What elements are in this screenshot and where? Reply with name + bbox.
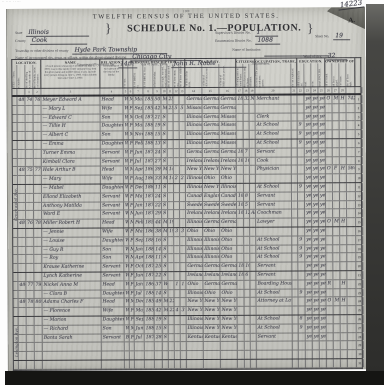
table-cell: Germany	[203, 122, 220, 130]
table-cell: yes	[312, 289, 319, 297]
column-number: 23	[304, 87, 311, 93]
line-number: 20	[356, 262, 363, 270]
table-cell: Kentucky	[204, 333, 221, 341]
table-cell	[347, 289, 356, 297]
column-number	[346, 87, 355, 93]
table-cell: Servant	[101, 193, 124, 201]
table-cell	[326, 201, 333, 209]
table-cell: Wife	[102, 308, 125, 316]
table-cell	[237, 105, 244, 113]
table-cell	[298, 175, 305, 183]
table-cell: 14	[154, 246, 162, 254]
table-cell	[340, 148, 347, 156]
column-number: 8	[143, 88, 153, 94]
table-cell	[326, 245, 333, 253]
table-cell: M	[334, 298, 341, 306]
table-cell: 9	[298, 122, 305, 130]
table-cell: New York	[187, 307, 204, 315]
table-cell: Illinois	[186, 290, 203, 298]
table-row: 31	[14, 359, 362, 370]
table-cell: 1894	[237, 272, 244, 280]
column-group: RELATION.Relationship of each person to …	[100, 59, 123, 88]
table-cell: 4840	[18, 282, 26, 290]
line-number: 22	[356, 280, 363, 288]
table-cell	[340, 201, 347, 209]
table-cell: 24	[154, 149, 162, 157]
table-cell	[19, 317, 27, 325]
table-cell	[326, 262, 333, 270]
table-cell: Sep	[134, 237, 144, 245]
table-cell	[34, 273, 42, 281]
table-cell: yes	[306, 324, 313, 332]
table-cell	[347, 174, 356, 182]
table-cell: Jun	[134, 149, 144, 157]
table-cell: yes	[312, 113, 319, 121]
table-cell	[34, 290, 42, 298]
table-cell	[341, 306, 348, 314]
table-cell: yes	[311, 95, 318, 103]
table-cell: yes	[312, 104, 319, 112]
table-cell: yes	[305, 201, 312, 209]
table-cell	[299, 298, 306, 306]
table-cell: Illinois	[186, 122, 203, 130]
table-cell: yes	[306, 298, 313, 306]
table-cell: 37	[154, 281, 162, 289]
table-cell	[333, 113, 340, 121]
table-cell	[298, 113, 305, 121]
table-cell	[237, 184, 244, 192]
table-cell	[298, 263, 305, 271]
table-cell: New York	[204, 307, 221, 315]
table-cell	[35, 334, 43, 342]
table-cell	[35, 326, 43, 334]
table-cell: Germany	[203, 149, 220, 157]
table-cell: Canada	[186, 193, 203, 201]
table-cell: yes	[305, 166, 312, 174]
table-cell	[347, 157, 356, 165]
table-cell: yes	[306, 307, 313, 315]
table-cell	[326, 236, 333, 244]
table-cell: Head	[101, 167, 124, 175]
table-cell: Head	[100, 96, 123, 104]
table-cell: 1870	[144, 211, 154, 219]
table-cell: 1883	[144, 237, 154, 245]
table-cell	[26, 106, 34, 114]
table-cell: yes	[305, 219, 312, 227]
table-cell	[326, 210, 333, 218]
column-number: 22	[297, 87, 304, 93]
table-cell: Sep	[135, 316, 145, 324]
table-cell: Missouri	[220, 140, 237, 148]
table-cell: 19	[155, 316, 163, 324]
table-cell: yes	[312, 166, 319, 174]
table-cell	[347, 254, 356, 262]
table-cell: Servant	[256, 263, 292, 271]
table-cell: Elland Elizabeth	[42, 193, 101, 201]
column-sub-label: DATE OF BIRTH. Month.	[133, 64, 143, 88]
table-cell	[237, 140, 244, 148]
table-cell: yes	[312, 192, 319, 200]
table-cell: yes	[320, 298, 327, 306]
table-cell	[333, 174, 340, 182]
table-cell	[256, 227, 292, 235]
table-cell: Daughter	[101, 290, 124, 298]
table-cell	[34, 141, 42, 149]
table-cell: 74	[25, 97, 33, 105]
table-cell	[34, 106, 42, 114]
table-cell: Kentucky	[221, 333, 238, 341]
column-number: 28	[339, 87, 346, 93]
table-cell	[26, 255, 34, 263]
table-cell: yes	[313, 298, 320, 306]
table-cell	[299, 342, 306, 350]
column-number: 17	[236, 88, 243, 94]
table-cell: 39	[154, 167, 162, 175]
table-cell	[34, 158, 42, 166]
column-sub-label: Can speak ENGLISH.	[318, 63, 325, 87]
table-cell: yes	[319, 201, 326, 209]
table-cell: yes	[305, 245, 312, 253]
table-cell	[298, 192, 305, 200]
table-cell	[348, 306, 357, 314]
table-cell: Missouri	[220, 113, 237, 121]
table-cell: H	[340, 280, 347, 288]
column-number: 15	[202, 88, 219, 94]
table-cell: Feb	[134, 219, 144, 227]
table-cell	[341, 350, 348, 358]
table-cell: 1888	[237, 210, 244, 218]
table-cell: 22	[154, 272, 162, 280]
table-cell	[26, 211, 34, 219]
table-cell	[298, 210, 305, 218]
table-cell: — Jennie	[42, 228, 101, 236]
table-cell: — Florence	[43, 308, 102, 316]
table-cell	[326, 289, 333, 297]
line-number: 19	[356, 253, 363, 261]
table-cell: Son	[102, 325, 125, 333]
table-cell	[298, 227, 305, 235]
table-cell	[348, 298, 357, 306]
table-cell: 77	[34, 167, 42, 175]
table-cell: New York	[203, 184, 220, 192]
table-cell: 1878	[144, 114, 154, 122]
table-cell: yes	[319, 131, 326, 139]
table-cell: Cook	[256, 157, 292, 165]
table-cell: yes	[313, 333, 320, 341]
column-number: 25	[318, 87, 325, 93]
table-cell	[334, 333, 341, 341]
column-number: 3	[41, 89, 100, 95]
table-cell	[102, 343, 125, 351]
table-cell: Illinois	[186, 254, 203, 262]
table-cell: R	[326, 280, 333, 288]
table-cell	[27, 343, 35, 351]
table-cell: Kimball Clara	[42, 158, 101, 166]
right-brace: }	[307, 20, 313, 36]
table-cell	[298, 166, 305, 174]
table-cell	[257, 351, 293, 359]
table-cell: 1887	[144, 140, 154, 148]
table-cell: 1874	[144, 263, 154, 271]
table-cell: New York	[221, 316, 238, 324]
table-cell: Wife	[101, 176, 124, 184]
table-cell: 1877	[144, 272, 154, 280]
table-cell: Oct	[134, 114, 144, 122]
table-cell	[237, 122, 244, 130]
table-cell	[187, 342, 204, 350]
table-cell: yes	[320, 306, 327, 314]
column-number: 9	[153, 88, 161, 94]
table-cell	[340, 254, 347, 262]
table-cell	[333, 280, 340, 288]
table-cell	[298, 104, 305, 112]
table-cell	[340, 130, 347, 138]
table-cell	[237, 175, 244, 183]
column-group: OWNERSHIP OF HOME.Owned or rented.Owned …	[325, 58, 355, 87]
table-cell: — Mabel	[42, 184, 101, 192]
table-cell: Aug	[134, 175, 144, 183]
table-cell: At School	[257, 324, 293, 332]
table-cell: yes	[312, 210, 319, 218]
table-cell	[26, 238, 34, 246]
table-cell: 4846	[19, 299, 27, 307]
table-cell: 24	[154, 193, 162, 201]
table-cell: Ohio	[220, 228, 237, 236]
table-cell: Germany	[203, 113, 220, 121]
table-cell: Servant	[101, 211, 124, 219]
table-cell: Jan	[134, 246, 144, 254]
table-cell: Germany	[202, 96, 219, 104]
table-cell	[347, 271, 356, 279]
table-cell: Physician	[256, 166, 292, 174]
table-cell: 29	[154, 211, 162, 219]
table-cell	[27, 352, 35, 360]
table-cell: Ohio	[203, 228, 220, 236]
table-cell: 584	[347, 166, 356, 174]
table-cell: 9	[298, 254, 305, 262]
column-sub-label: Age at last birthday.	[153, 64, 161, 88]
table-cell	[18, 194, 26, 202]
line-number: 13	[356, 201, 363, 209]
line-number: 17	[356, 236, 363, 244]
table-cell: 9	[298, 139, 305, 147]
table-cell: yes	[312, 148, 319, 156]
table-cell: yes	[320, 324, 327, 332]
table-cell	[26, 141, 34, 149]
table-cell	[333, 192, 340, 200]
table-cell: H	[340, 218, 347, 226]
table-header: OWNERSHIP OF HOME.Owned or rented.Owned …	[11, 57, 361, 97]
table-cell: yes	[319, 113, 326, 121]
column-sub-label: Naturalization.	[249, 64, 255, 88]
table-cell	[26, 123, 34, 131]
table-cell: yes	[305, 104, 312, 112]
table-cell	[26, 202, 34, 210]
table-cell: O	[326, 166, 333, 174]
table-cell: 1850	[143, 96, 153, 104]
table-cell: 79	[34, 282, 42, 290]
table-cell: yes	[319, 210, 326, 218]
table-cell: 77	[26, 282, 34, 290]
table-cell: Nov	[134, 131, 144, 139]
table-cell	[298, 219, 305, 227]
table-cell: 42	[154, 105, 162, 113]
table-cell: 44	[154, 219, 162, 227]
table-cell: 50	[153, 96, 161, 104]
table-cell: Jun	[135, 325, 145, 333]
table-cell: 1876	[144, 193, 154, 201]
table-cell: 1893	[237, 149, 244, 157]
table-cell: New York	[221, 325, 238, 333]
table-cell	[135, 351, 145, 359]
table-cell: 38	[154, 228, 162, 236]
table-cell	[341, 333, 348, 341]
table-cell: yes	[312, 227, 319, 235]
table-cell: Dec	[134, 184, 144, 192]
table-cell: At School	[256, 131, 292, 139]
table-cell: Illinois	[186, 237, 203, 245]
table-cell: Illinois	[203, 237, 220, 245]
column-number: 24	[311, 87, 318, 93]
table-cell: yes	[312, 183, 319, 191]
table-cell: Illinois	[186, 131, 203, 139]
table-cell	[333, 262, 340, 270]
table-cell	[18, 273, 26, 281]
table-cell	[347, 148, 356, 156]
table-cell	[34, 202, 42, 210]
table-cell: 76	[26, 220, 34, 228]
table-cell	[204, 360, 221, 368]
table-cell	[327, 333, 334, 341]
table-cell: Germany	[186, 149, 203, 157]
table-cell	[313, 359, 320, 367]
table-cell	[43, 360, 102, 368]
table-cell: — Mary L	[42, 105, 101, 113]
table-cell	[34, 150, 42, 158]
table-cell: 75	[26, 167, 34, 175]
table-cell	[27, 326, 35, 334]
table-cell	[155, 360, 163, 368]
table-cell: 76	[33, 97, 41, 105]
table-cell: Servant	[101, 272, 124, 280]
table-cell	[326, 130, 333, 138]
table-cell	[35, 352, 43, 360]
table-cell: 1857	[144, 105, 154, 113]
table-cell: 1872	[144, 158, 154, 166]
table-cell	[340, 122, 347, 130]
table-cell: Ohio	[220, 289, 237, 297]
table-cell: Illinois	[186, 184, 203, 192]
table-cell	[340, 245, 347, 253]
population-table: OWNERSHIP OF HOME.Owned or rented.Owned …	[11, 57, 363, 371]
table-cell	[26, 290, 34, 298]
table-cell: 13	[154, 140, 162, 148]
table-cell: Lynch Katherine	[42, 272, 101, 280]
table-cell: Illinois	[186, 175, 203, 183]
table-cell: 1895	[237, 201, 244, 209]
table-cell	[34, 238, 42, 246]
table-cell	[19, 334, 27, 342]
table-cell	[348, 341, 357, 349]
table-cell: New York	[220, 166, 237, 174]
table-cell	[326, 254, 333, 262]
table-cell: Coachman	[256, 210, 292, 218]
table-cell: At School	[256, 139, 292, 147]
table-cell: yes	[319, 166, 326, 174]
table-cell: 1888	[144, 184, 154, 192]
table-cell: Ohio	[186, 228, 203, 236]
table-cell	[18, 238, 26, 246]
table-cell: O	[325, 95, 332, 103]
line-number: 2	[356, 104, 363, 112]
table-cell	[306, 359, 313, 367]
table-cell: Jun	[134, 272, 144, 280]
line-number: 11	[356, 183, 363, 191]
table-cell	[348, 359, 357, 367]
table-cell	[34, 123, 42, 131]
table-body: Greenwood Ave.Lexington Ave. 48227476Mey…	[11, 95, 362, 371]
table-cell	[26, 229, 34, 237]
table-cell: 14	[154, 290, 162, 298]
table-cell: yes	[305, 192, 312, 200]
table-cell: Ohio	[203, 175, 220, 183]
table-cell: Attorney at Law	[257, 298, 293, 306]
column-group-note: Relationship of each person to the head …	[100, 64, 122, 78]
table-cell: Germany	[220, 281, 237, 289]
table-cell	[341, 324, 348, 332]
table-cell	[326, 139, 333, 147]
table-cell: Servant	[256, 148, 292, 156]
table-cell	[145, 360, 155, 368]
table-cell	[333, 122, 340, 130]
table-cell	[135, 360, 145, 368]
table-cell: Missouri	[220, 131, 237, 139]
table-cell	[26, 114, 34, 122]
table-cell: Oct	[134, 263, 144, 271]
table-cell: Germany	[220, 219, 237, 227]
table-cell: Son	[101, 246, 124, 254]
table-cell: yes	[313, 315, 320, 323]
table-cell: Missouri	[220, 122, 237, 130]
table-cell	[334, 324, 341, 332]
table-cell	[26, 273, 34, 281]
table-cell: yes	[319, 183, 326, 191]
table-cell: Jul	[134, 158, 144, 166]
table-cell	[333, 139, 340, 147]
table-cell: Jul	[134, 290, 144, 298]
table-cell: New York	[221, 298, 238, 306]
table-cell	[313, 342, 320, 350]
line-number: 5	[356, 130, 363, 138]
table-cell: yes	[305, 183, 312, 191]
table-cell: 1875	[144, 149, 154, 157]
table-cell	[326, 271, 333, 279]
table-cell: New York	[204, 298, 221, 306]
table-cell: 9	[298, 183, 305, 191]
table-cell: Ohio	[203, 289, 220, 297]
table-cell	[26, 150, 34, 158]
line-number: 6	[356, 139, 363, 147]
table-cell: Germany	[203, 140, 220, 148]
table-cell	[347, 262, 356, 270]
table-cell: Turner Emma	[42, 149, 101, 157]
column-group: NATIVITY.Place of birth of this PERSON.P…	[185, 59, 236, 88]
table-cell: yes	[312, 254, 319, 262]
table-cell: yes	[312, 175, 319, 183]
table-cell: 9	[298, 289, 305, 297]
table-cell	[27, 317, 35, 325]
table-cell	[334, 306, 341, 314]
